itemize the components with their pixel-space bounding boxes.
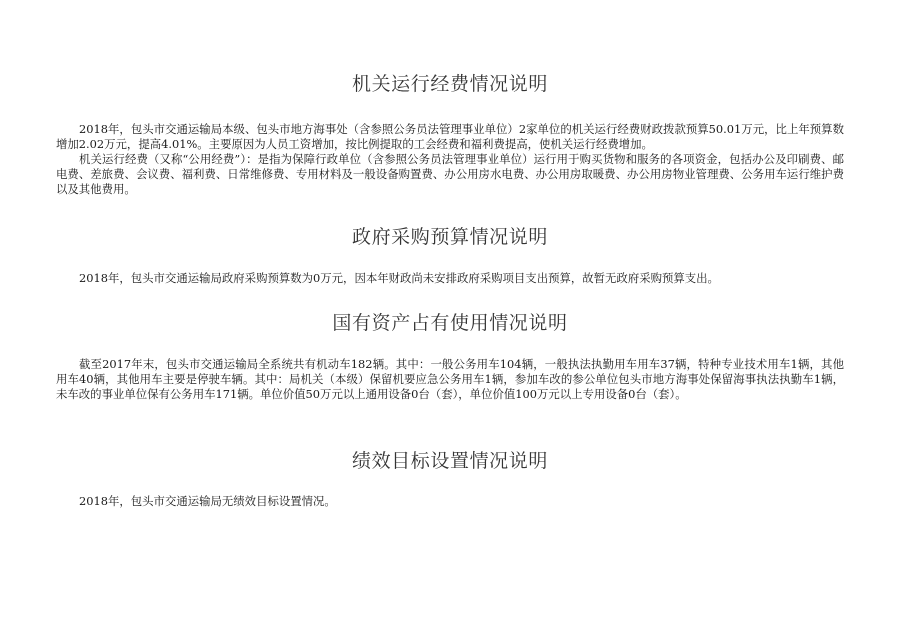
section-title-state-assets: 国有资产占有使用情况说明 [56,311,844,335]
section-title-operating-expenses: 机关运行经费情况说明 [56,72,844,96]
section-title-government-procurement: 政府采购预算情况说明 [56,225,844,249]
paragraph-operating-expenses-budget: 2018年，包头市交通运输局本级、包头市地方海事处（含参照公务员法管理事业单位）… [56,122,844,152]
paragraph-operating-expenses-definition: 机关运行经费（又称“公用经费”）：是指为保障行政单位（含参照公务员法管理事业单位… [56,152,844,198]
paragraph-performance-targets: 2018年，包头市交通运输局无绩效目标设置情况。 [56,494,844,509]
paragraph-state-assets: 截至2017年末，包头市交通运输局全系统共有机动车182辆。其中：一般公务用车1… [56,357,844,403]
section-title-performance-targets: 绩效目标设置情况说明 [56,449,844,473]
paragraph-government-procurement: 2018年，包头市交通运输局政府采购预算数为0万元，因本年财政尚未安排政府采购项… [56,271,844,286]
